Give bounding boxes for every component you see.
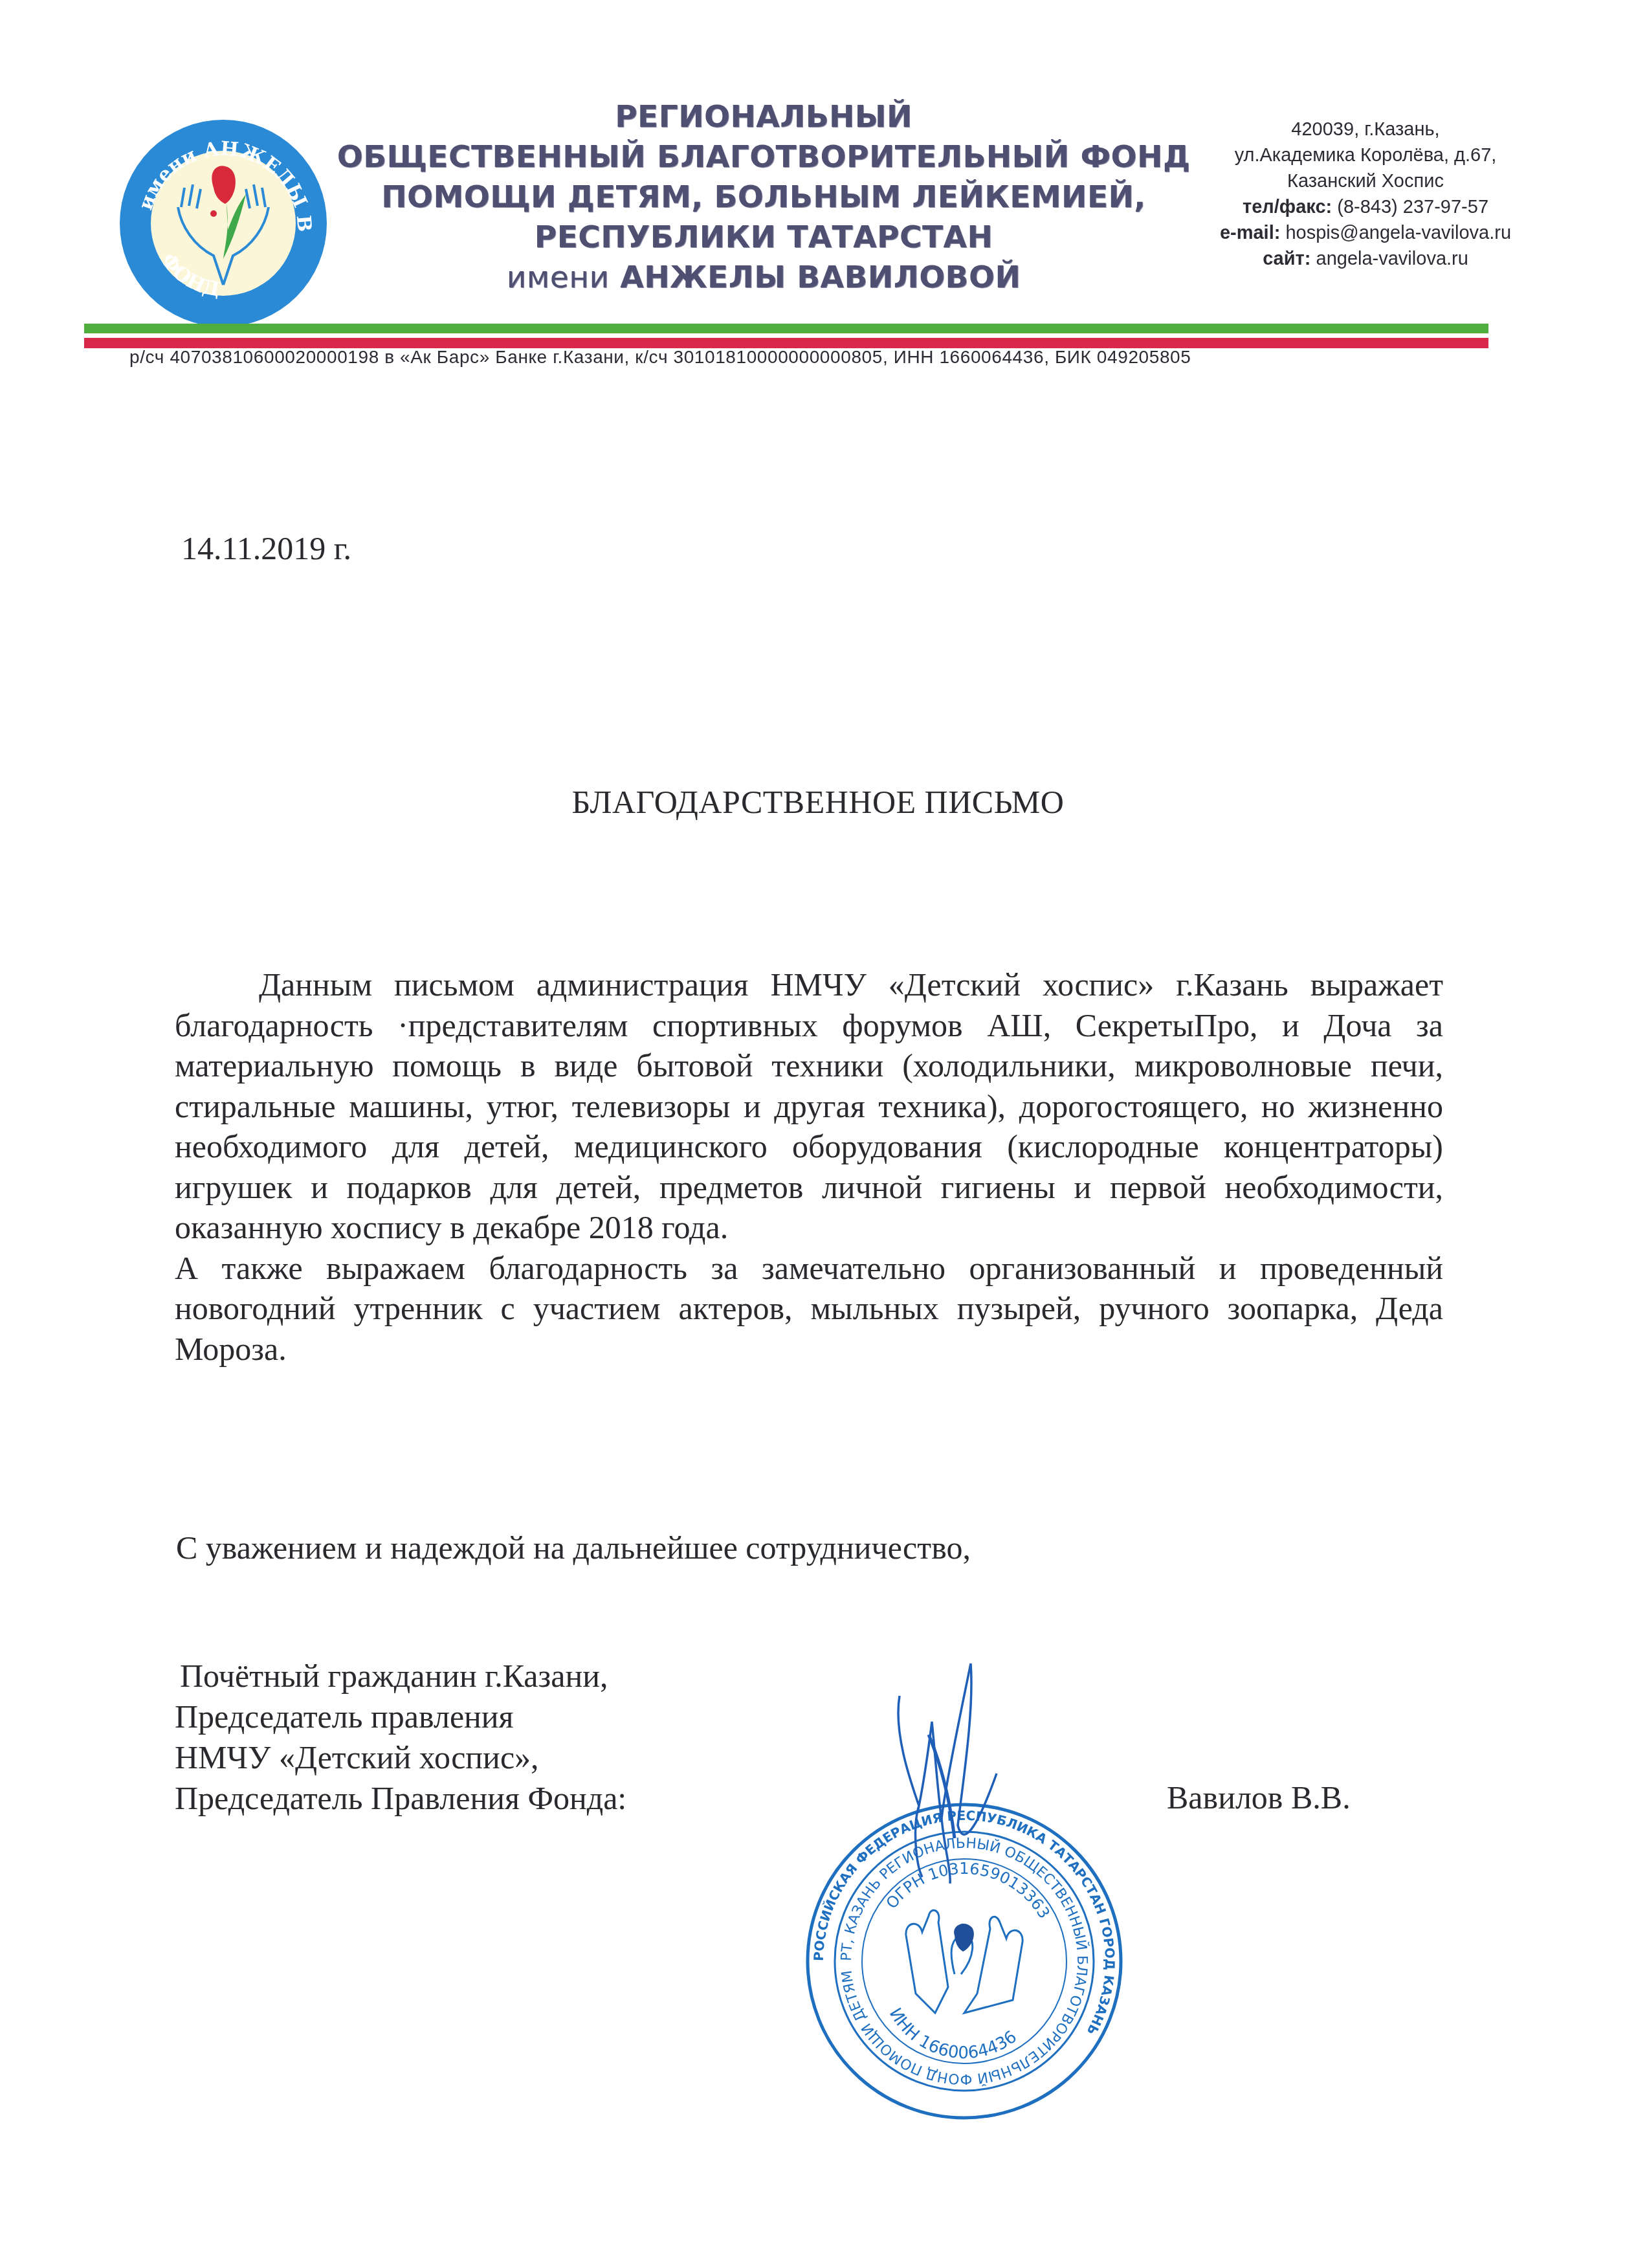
phone-value: (8-843) 237-97-57 <box>1337 197 1488 217</box>
signature-scribble-icon <box>867 1657 1022 1890</box>
closing-phrase: С уважением и надеждой на дальнейшее сот… <box>176 1529 971 1566</box>
org-name-honoree: АНЖЕЛЫ ВАВИЛОВОЙ <box>620 260 1021 295</box>
bank-details: р/сч 40703810600020000198 в «Ак Барс» Ба… <box>129 347 1501 368</box>
contact-block: 420039, г.Казань, ул.Академика Королёва,… <box>1184 117 1547 272</box>
foundation-logo: имени АНЖЕЛЫ ВАВИЛОВОЙ ФОНД <box>116 117 330 330</box>
org-name-line: имени АНЖЕЛЫ ВАВИЛОВОЙ <box>324 258 1204 298</box>
signatory-titles: Почётный гражданин г.Казани, Председател… <box>175 1656 626 1819</box>
letter-body: Данным письмом администрация НМЧУ «Детск… <box>175 964 1443 1369</box>
letter-date: 14.11.2019 г. <box>181 529 351 567</box>
address-line: ул.Академика Королёва, д.67, <box>1184 142 1547 168</box>
handwritten-signature <box>867 1657 1022 1890</box>
signatory-name: Вавилов В.В. <box>1167 1779 1351 1816</box>
phone-label: тел/факс: <box>1243 197 1332 217</box>
org-name-line: РЕСПУБЛИКИ ТАТАРСТАН <box>324 217 1204 258</box>
org-name-line: ОБЩЕСТВЕННЫЙ БЛАГОТВОРИТЕЛЬНЫЙ ФОНД <box>324 137 1204 177</box>
site-line: сайт: angela-vavilova.ru <box>1184 246 1547 272</box>
org-name-line: РЕГИОНАЛЬНЫЙ <box>324 97 1204 137</box>
email-label: e-mail: <box>1220 223 1280 243</box>
body-paragraph: А также выражаем благодарность за замеча… <box>175 1248 1443 1370</box>
signatory-title-line: Председатель Правления Фонда: <box>175 1778 626 1819</box>
green-stripe-divider <box>84 324 1488 333</box>
org-name-prefix: имени <box>507 260 610 295</box>
email-link[interactable]: hospis@angela-vavilova.ru <box>1285 223 1511 243</box>
signatory-title-line: НМЧУ «Детский хоспис», <box>175 1737 626 1778</box>
site-link[interactable]: angela-vavilova.ru <box>1316 249 1468 269</box>
hands-with-tulip-icon: имени АНЖЕЛЫ ВАВИЛОВОЙ ФОНД <box>116 117 330 330</box>
address-line: 420039, г.Казань, <box>1184 117 1547 142</box>
address-line: Казанский Хоспис <box>1184 168 1547 194</box>
site-label: сайт: <box>1263 249 1310 269</box>
signatory-title-line: Почётный гражданин г.Казани, <box>175 1656 626 1696</box>
email-line: e-mail: hospis@angela-vavilova.ru <box>1184 220 1547 246</box>
organization-name: РЕГИОНАЛЬНЫЙ ОБЩЕСТВЕННЫЙ БЛАГОТВОРИТЕЛЬ… <box>324 97 1204 298</box>
org-name-line: ПОМОЩИ ДЕТЯМ, БОЛЬНЫМ ЛЕЙКЕМИЕЙ, <box>324 177 1204 217</box>
signatory-title-line: Председатель правления <box>175 1696 626 1737</box>
phone-line: тел/факс: (8-843) 237-97-57 <box>1184 194 1547 220</box>
letter-title: БЛАГОДАРСТВЕННОЕ ПИСЬМО <box>0 783 1636 821</box>
body-paragraph: Данным письмом администрация НМЧУ «Детск… <box>175 964 1443 1248</box>
